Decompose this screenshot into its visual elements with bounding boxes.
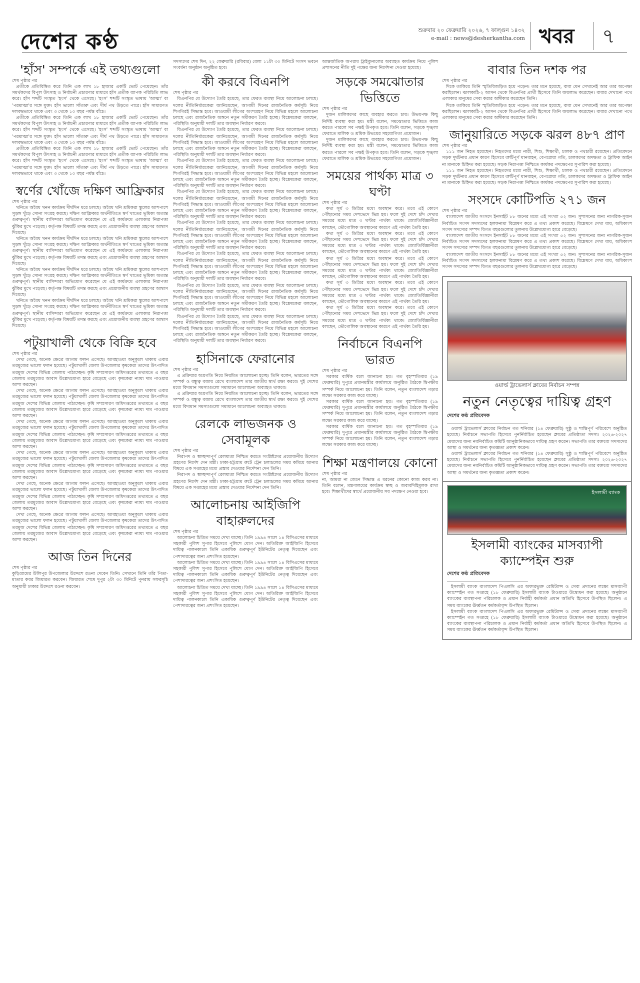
headline: 'হাঁস' সম্পর্কে এই তথ্যগুলো [12,62,168,78]
headline: কী করবে বিএনপি [173,74,318,90]
headline: সড়কে সমঝোতার ভিত্তিতে [322,74,438,106]
article-body: দুজন মালিকদের কাছে ব্যবহার করতে চায়। উভ… [322,113,438,163]
newspaper-logo: দেশের কণ্ঠ [20,25,119,62]
article-body: খনিতে অবৈধ খনন কার্যক্রম দীর্ঘদিন ধরে চল… [12,206,168,330]
article-hasina: হাসিনাকে ফেরানোর শেষ পৃষ্ঠার পর এ প্রক্র… [173,351,318,411]
article-igp: আলোচনায় আইজিপি বাহারুলদের শেষ পৃষ্ঠার প… [173,497,318,610]
masthead-divider [22,52,627,53]
article-bnp: কী করবে বিএনপি শেষ পৃষ্ঠার পর বিএনপির যে… [173,74,318,345]
headline: পটুয়াখালী থেকে বিক্রি হবে [12,335,168,351]
email-line: e-mail : news@desherkantha.com [418,35,525,43]
article-body: কুড়িগ্রামের উলিপুর উপজেলার উদ্দেশে রওনা… [12,572,168,591]
article-body: নিরাপদ ও স্বাচ্ছন্দ্যপূর্ণ রেলযাত্রা নিশ… [173,455,318,492]
headline: আজ তিন দিনের [12,549,168,565]
bank-banner-text: ইসলামী ব্যাংক [592,490,620,498]
headline: শিক্ষা মন্ত্রণালয়ে কোনো [322,455,438,471]
article-body: কথা সূর্য ৩ ডিগ্রির মধ্যে অবস্থান করে। ত… [322,207,438,331]
article-body: সরকার বার্ষিক বলে জানানো হয়। গত বৃহস্পত… [322,375,438,449]
section-name: খবর [530,22,574,50]
article-patuakhali: পটুয়াখালী থেকে বিক্রি হবে শেষ পৃষ্ঠার প… [12,335,168,544]
headline: স্বর্ণের খোঁজে দক্ষিণ আফ্রিকার [12,183,168,199]
article-body: এ প্রক্রিয়ার অগ্রগতি নিয়ে নিয়মিত আলোচ… [173,374,318,411]
column-2: সদস্যদের শেষ দিন, ২২ ফেব্রুয়ারি (রবিবার… [173,60,318,615]
article-body: ১১১ জন নিহত হয়েছেন। নিহতদের মধ্যে নারী,… [442,150,632,187]
article-three-days: আজ তিন দিনের শেষ পৃষ্ঠার পর কুড়িগ্রামের… [12,549,168,591]
masthead: দেশের কণ্ঠ শুক্রবার ২০ ফেব্রুয়ারি ২০২৬,… [0,0,640,54]
article-intro: আন্তর্জাতিক অপরাধ ট্রাইব্যুনালের অব্যাহত… [322,60,438,72]
article-body: প্রতীকে প্রতিবিম্বিত করে তিনি এক লাখ ১৮ … [12,85,168,178]
headline: আলোচনায় আইজিপি বাহারুলদের [173,497,318,529]
page-number: ৭ [593,22,615,50]
article-body: না, আমরা না জেনে সিদ্ধান্ত এ ধরনের কোনো … [322,478,438,497]
article-election-india: নির্বাচনে বিএনপি ভারত শেষ পৃষ্ঠার পর সরক… [322,336,438,449]
article-road-agreement: সড়কে সমঝোতার ভিত্তিতে শেষ পৃষ্ঠার পর দু… [322,74,438,163]
masthead-meta: শুক্রবার ২০ ফেব্রুয়ারি ২০২৬, ৭ ফাল্গুন … [418,27,525,43]
article-islami-bank: ইসলামী ব্যাংক ইসলামী ব্যাংকের মাসব্যাপী … [442,481,632,640]
byline: দেশের কণ্ঠ প্রতিবেদক [447,571,528,582]
column-3: আন্তর্জাতিক অপরাধ ট্রাইব্যুনালের অব্যাহত… [322,60,438,501]
article-millionaires: সংসদে কোটিপতি ২৭১ জন শেষ পৃষ্ঠার পর বাংল… [442,192,632,271]
article-body: দেখা গেছে, অনেক ক্ষেত্রে আগাম ফলন এসেছে।… [12,358,168,544]
article-body: আলোচনা চিত্রিত সময়ে দেখা যাচ্ছে। তিনি ১… [173,536,318,610]
byline: দেশের কণ্ঠ প্রতিবেদক [447,413,528,424]
article-body: ইসলামী ব্যাংক বাংলাদেশ পিএলসি এর অফারভুক… [447,585,627,635]
headline: সময়ের পার্থক্য মাত্র ৩ ঘণ্টা [322,168,438,200]
headline: বাবার তিন দশক পর [442,62,632,78]
headline: রেলকে লাভজনক ও সেবামূলক [173,416,318,448]
headline: নির্বাচনে বিএনপি ভারত [322,336,438,368]
article-rail: রেলকে লাভজনক ও সেবামূলক শেষ পৃষ্ঠার পর ন… [173,416,318,492]
article-body: দিকে তাকিয়ে তিনি স্মৃতিবিজড়িত হয়ে পড়… [442,85,632,122]
article-body: বিএনপির যে উদ্যোগ তৈরি হয়েছে, তার ফেরত … [173,97,318,345]
article-travelers-club: ওয়ার্ল্ড ট্রাভেলার্স ক্লাবের নির্বাচন স… [442,276,632,482]
article-father: বাবার তিন দশক পর শেষ পৃষ্ঠার পর দিকে তাক… [442,62,632,122]
column-1: 'হাঁস' সম্পর্কে এই তথ্যগুলো শেষ পৃষ্ঠার … [12,60,168,596]
photo-caption: ওয়ার্ল্ড ট্রাভেলার্স ক্লাবের নির্বাচন স… [447,383,627,391]
bank-event-photo: ইসলামী ব্যাংক [447,485,627,535]
article-gold: স্বর্ণের খোঁজে দক্ষিণ আফ্রিকার শেষ পৃষ্ঠ… [12,183,168,330]
article-road-deaths: জানুয়ারিতে সড়কে ঝরল ৪৮৭ প্রাণ শেষ পৃষ্… [442,127,632,187]
headline: জানুয়ারিতে সড়কে ঝরল ৪৮৭ প্রাণ [442,127,632,143]
headline: সংসদে কোটিপতি ২৭১ জন [442,192,632,208]
article-hansh: 'হাঁস' সম্পর্কে এই তথ্যগুলো শেষ পৃষ্ঠার … [12,62,168,178]
article-education-ministry: শিক্ষা মন্ত্রণালয়ে কোনো শেষ পৃষ্ঠার পর … [322,455,438,497]
headline: ইসলামী ব্যাংকের মাসব্যাপী ক্যাম্পেইন শুর… [447,537,627,569]
article-time-difference: সময়ের পার্থক্য মাত্র ৩ ঘণ্টা শেষ পৃষ্ঠা… [322,168,438,331]
article-intro: সদস্যদের শেষ দিন, ২২ ফেব্রুয়ারি (রবিবার… [173,60,318,72]
headline: নতুন নেতৃত্বের দায়িত্ব গ্রহণ [447,393,627,411]
headline: হাসিনাকে ফেরানোর [173,351,318,367]
article-body: ওয়ার্ল্ড ট্রাভেলার্স ক্লাবের নির্বাচন গ… [447,427,627,477]
date-line: শুক্রবার ২০ ফেব্রুয়ারি ২০২৬, ৭ ফাল্গুন … [418,27,525,35]
column-4: বাবার তিন দশক পর শেষ পৃষ্ঠার পর দিকে তাক… [442,60,632,645]
article-body: বাংলাদেশ জাতীয় সংসদে ইনসাইট ৮৮ জনের মধ্… [442,215,632,271]
group-photo [447,281,627,381]
